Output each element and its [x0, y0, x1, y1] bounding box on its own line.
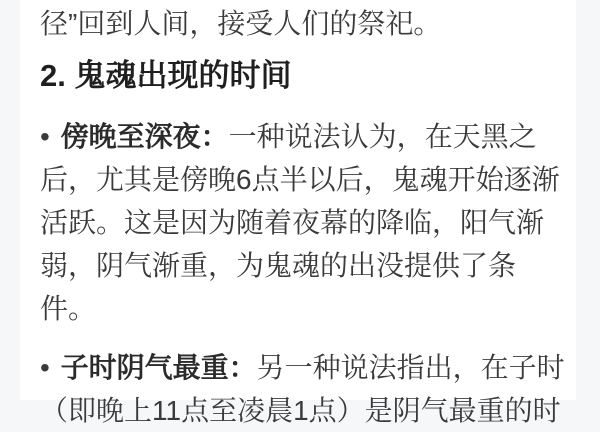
- content-card: 径”回到人间，接受人们的祭祀。 2. 鬼魂出现的时间 • 傍晚至深夜：一种说法认…: [20, 0, 576, 400]
- bullet-dot-icon: •: [40, 352, 58, 383]
- bullet-line: （即晚上11点至凌晨1点）是阴气最重的时: [40, 395, 561, 400]
- bullet-term: 傍晚至深夜：: [61, 121, 229, 152]
- bullet-line: 后，尤其是傍晚6点半以后，鬼魂开始逐渐: [40, 164, 560, 195]
- bullet-line: 另一种说法指出，在子时: [257, 352, 565, 383]
- bullet-dot-icon: •: [40, 121, 58, 152]
- bullet-item: • 傍晚至深夜：一种说法认为，在天黑之后，尤其是傍晚6点半以后，鬼魂开始逐渐活跃…: [40, 115, 570, 330]
- paragraph-cutoff-line: 径”回到人间，接受人们的祭祀。: [40, 2, 570, 45]
- bullet-item: • 子时阴气最重：另一种说法指出，在子时（即晚上11点至凌晨1点）是阴气最重的时: [40, 346, 570, 400]
- bullet-term: 子时阴气最重：: [61, 352, 257, 383]
- bullet-line: 一种说法认为，在天黑之: [229, 121, 537, 152]
- document-body: 径”回到人间，接受人们的祭祀。 2. 鬼魂出现的时间 • 傍晚至深夜：一种说法认…: [20, 0, 576, 400]
- bullet-line: 弱，阴气渐重，为鬼魂的出没提供了条件。: [40, 250, 516, 324]
- section-heading: 2. 鬼魂出现的时间: [40, 54, 570, 97]
- bullet-line: 活跃。这是因为随着夜幕的降临，阳气渐: [40, 207, 544, 238]
- bullet-list: • 傍晚至深夜：一种说法认为，在天黑之后，尤其是傍晚6点半以后，鬼魂开始逐渐活跃…: [40, 115, 570, 400]
